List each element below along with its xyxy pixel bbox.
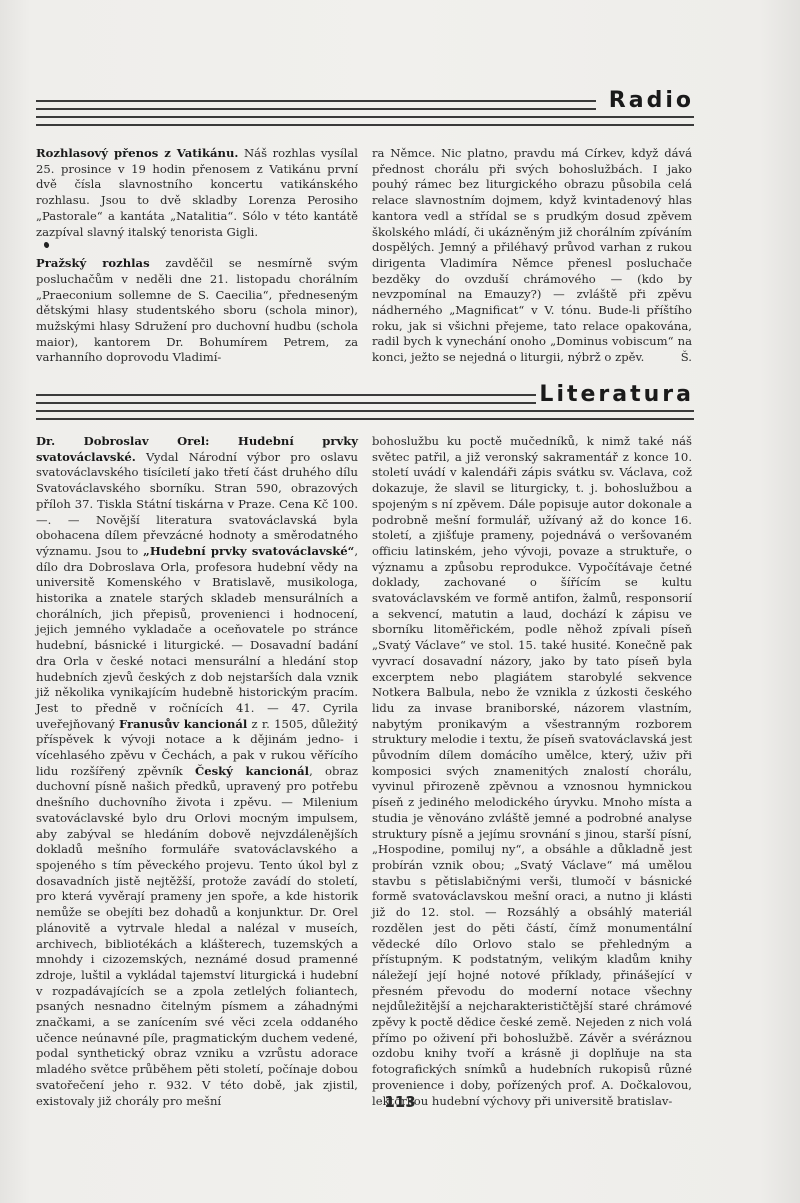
magazine-page: Radio Rozhlasový přenos z Vatikánu. Náš … (0, 0, 800, 1203)
literatura-left-column: Dr. Dobroslav Orel: Hudební prvky svatov… (36, 434, 358, 1109)
radio-right-column: ra Němce. Nic platno, pravdu má Církev, … (372, 146, 692, 366)
radio-item-prague: Pražský rozhlas zavděčil se nesmírně svý… (36, 256, 358, 366)
radio-section-title: Radio (609, 90, 694, 112)
book-review: Dr. Dobroslav Orel: Hudební prvky svatov… (36, 434, 358, 1109)
bullet-icon (43, 242, 50, 249)
separator (36, 240, 358, 256)
radio-item-vatican: Rozhlasový přenos z Vatikánu. Náš rozhla… (36, 146, 358, 240)
literatura-section-title: Literatura (539, 384, 694, 406)
header-rule (36, 418, 694, 420)
header-rule (36, 124, 694, 126)
header-rule (36, 108, 596, 110)
header-rule (36, 394, 536, 396)
header-rule (36, 116, 694, 118)
item-lead: Pražský rozhlas (36, 256, 150, 270)
literatura-section-header: Literatura (36, 382, 694, 422)
header-rule (36, 100, 596, 102)
literatura-right-column: bohoslužbu ku poctě mučedníků, k nimž ta… (372, 434, 692, 1109)
header-rule (36, 402, 536, 404)
header-rule (36, 410, 694, 412)
radio-left-column: Rozhlasový přenos z Vatikánu. Náš rozhla… (36, 146, 358, 366)
page-number: 113 (0, 1093, 800, 1111)
author-signature: Š. (681, 350, 692, 366)
item-lead: Rozhlasový přenos z Vatikánu. (36, 146, 238, 160)
radio-section-header: Radio (36, 88, 694, 128)
